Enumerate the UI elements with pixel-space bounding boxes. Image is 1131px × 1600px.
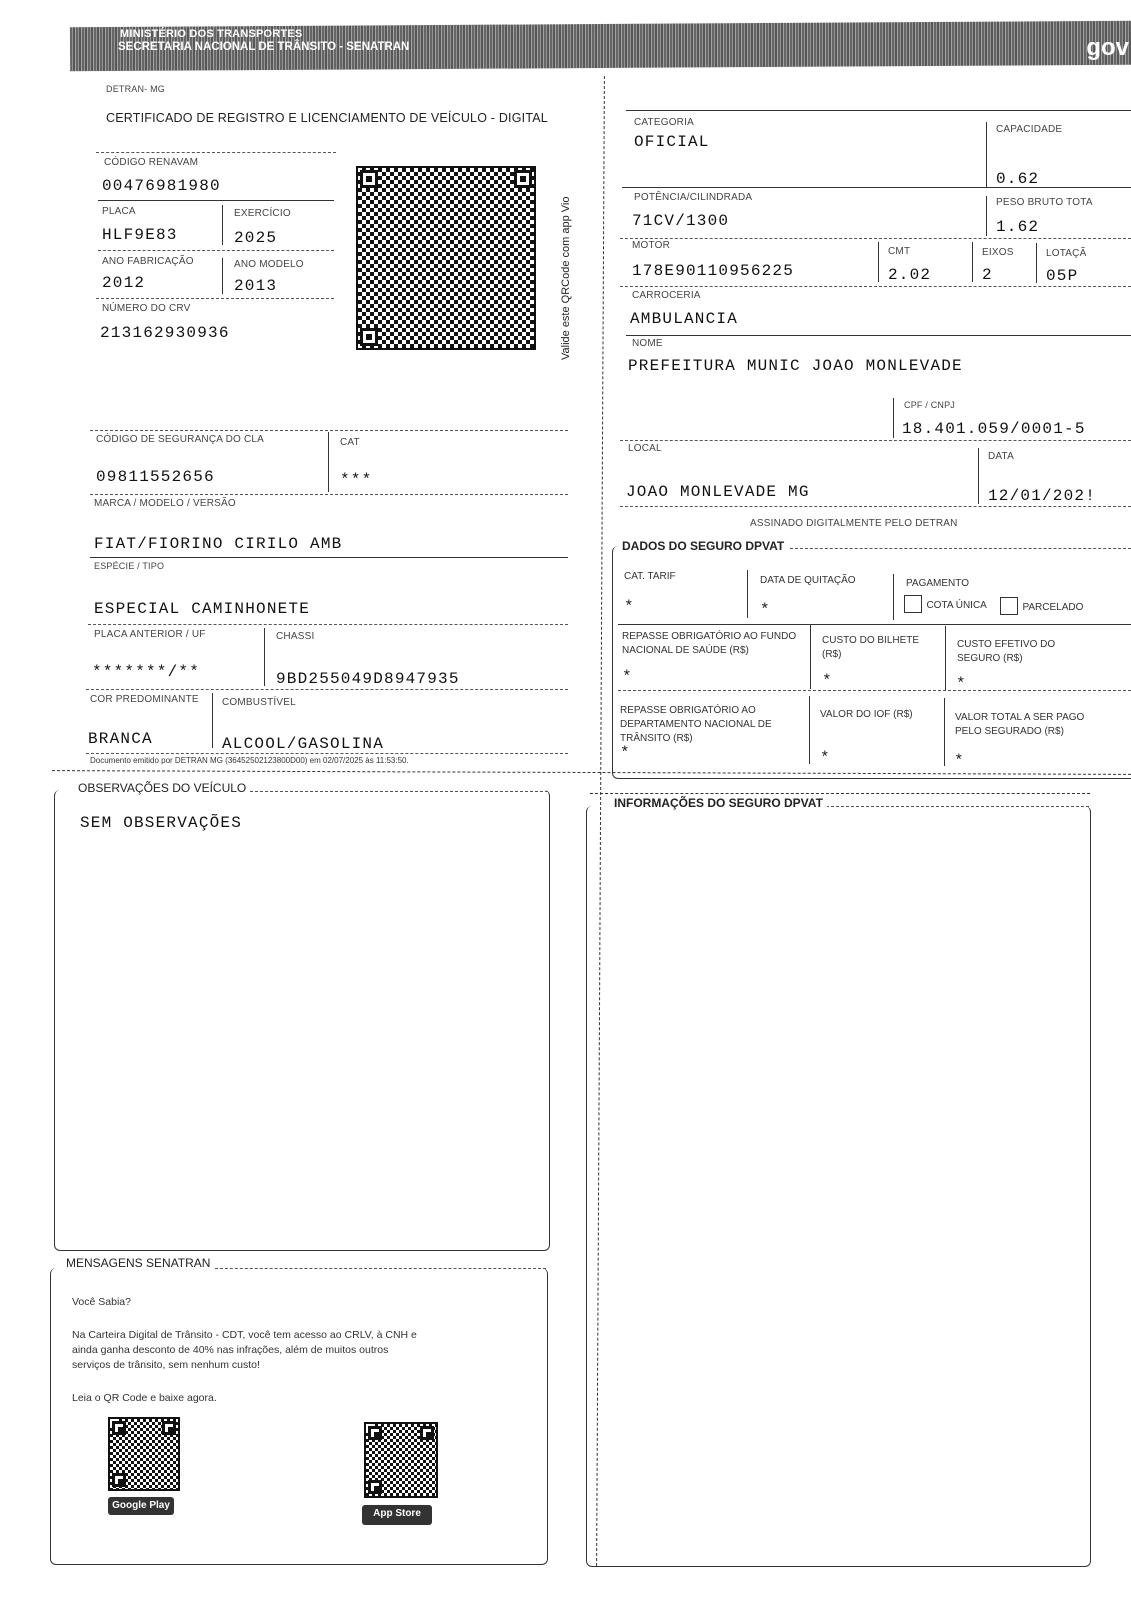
- divider: [98, 250, 334, 251]
- parcelado-option[interactable]: PARCELADO: [1000, 597, 1083, 615]
- document-title: CERTIFICADO DE REGISTRO E LICENCIAMENTO …: [106, 111, 548, 125]
- divider: [826, 806, 1089, 807]
- nome-value: PREFEITURA MUNIC JOAO MONLEVADE: [628, 357, 963, 375]
- divider: [620, 506, 1131, 507]
- nome-label: NOME: [632, 338, 663, 349]
- exercicio-label: EXERCÍCIO: [234, 208, 291, 219]
- dpvat-title: DADOS DO SEGURO DPVAT: [618, 539, 788, 553]
- signed-note: ASSINADO DIGITALMENTE PELO DETRAN: [750, 518, 958, 529]
- info-dpvat-title: INFORMAÇÕES DO SEGURO DPVAT: [610, 796, 827, 810]
- carroceria-label: CARROCERIA: [632, 290, 701, 301]
- divider: [747, 570, 748, 618]
- divider: [972, 242, 973, 282]
- placa-label: PLACA: [102, 206, 136, 217]
- valor-total-label: VALOR TOTAL A SER PAGO PELO SEGURADO (R$…: [955, 711, 1095, 739]
- marca-modelo-value: FIAT/FIORINO CIRILO AMB: [94, 535, 342, 553]
- divider: [622, 187, 1131, 188]
- carroceria-value: AMBULANCIA: [630, 310, 738, 328]
- valor-total-value: *: [954, 752, 964, 770]
- divider: [986, 196, 987, 236]
- ano-fabricacao-value: 2012: [102, 274, 145, 292]
- chassi-value: 9BD255049D8947935: [276, 670, 460, 688]
- exercicio-value: 2025: [234, 229, 277, 247]
- info-dpvat-box: [586, 806, 1091, 1567]
- capacidade-label: CAPACIDADE: [996, 124, 1062, 135]
- cat-tarif-value: *: [624, 598, 634, 616]
- data-quitacao-value: *: [760, 601, 770, 619]
- divider: [222, 205, 223, 245]
- categoria-label: CATEGORIA: [634, 117, 694, 128]
- divider: [893, 398, 894, 438]
- lotacao-value: 05P: [1046, 267, 1078, 285]
- divider: [240, 791, 548, 792]
- observacoes-box: [54, 790, 550, 1251]
- divider: [944, 698, 945, 766]
- chassi-label: CHASSI: [276, 631, 314, 642]
- divider: [893, 574, 894, 620]
- secretariat-name: SECRETARIA NACIONAL DE TRÂNSITO - SENATR…: [118, 41, 409, 53]
- app-store-badge[interactable]: App Store: [362, 1505, 432, 1525]
- divider: [878, 242, 879, 282]
- observacoes-value: SEM OBSERVAÇÕES: [80, 814, 242, 832]
- divider: [86, 689, 568, 690]
- parcelado-checkbox[interactable]: [1000, 597, 1018, 615]
- lotacao-label: LOTAÇÃ: [1046, 248, 1086, 259]
- divider: [978, 448, 979, 504]
- mensagens-body-line3: serviços de trânsito, sem nenhum custo!: [72, 1358, 260, 1373]
- validation-qr-code[interactable]: [356, 166, 536, 350]
- valor-iof-label: VALOR DO IOF (R$): [820, 708, 913, 722]
- divider: [90, 557, 568, 558]
- categoria-value: OFICIAL: [634, 133, 710, 151]
- potencia-value: 71CV/1300: [632, 212, 729, 230]
- divider: [96, 152, 336, 153]
- google-play-badge[interactable]: Google Play: [108, 1497, 174, 1515]
- cota-unica-label: COTA ÚNICA: [926, 600, 986, 611]
- capacidade-value: 0.62: [996, 170, 1039, 188]
- codigo-seguranca-label: CÓDIGO DE SEGURANÇA DO CLA: [96, 434, 264, 445]
- ano-fabricacao-label: ANO FABRICAÇÃO: [102, 256, 194, 267]
- numero-crv-label: NÚMERO DO CRV: [102, 303, 191, 314]
- cat-label: CAT: [340, 437, 360, 448]
- qr-caption: Valide este QRCode com app Vio: [560, 197, 572, 360]
- divider: [90, 430, 568, 431]
- google-play-qr-code[interactable]: [108, 1417, 180, 1491]
- divider: [620, 286, 1131, 287]
- repasse-dnt-value: *: [620, 744, 630, 762]
- divider: [790, 548, 1131, 549]
- repasse-fns-label: REPASSE OBRIGATÓRIO AO FUNDO NACIONAL DE…: [622, 630, 812, 658]
- mensagens-title: MENSAGENS SENATRAN: [62, 1256, 214, 1270]
- divider: [86, 753, 568, 754]
- cor-label: COR PREDOMINANTE: [90, 694, 199, 705]
- ministry-name: MINISTÉRIO DOS TRANSPORTES: [120, 28, 302, 40]
- divider: [212, 693, 213, 748]
- data-quitacao-label: DATA DE QUITAÇÃO: [760, 574, 856, 588]
- valor-iof-value: *: [820, 749, 830, 767]
- divider: [620, 440, 1131, 441]
- placa-value: HLF9E83: [102, 226, 178, 244]
- combustivel-label: COMBUSTÍVEL: [222, 697, 296, 708]
- renavam-value: 00476981980: [102, 177, 221, 195]
- especie-tipo-label: ESPÉCIE / TIPO: [94, 561, 164, 571]
- numero-crv-value: 213162930936: [100, 324, 230, 342]
- app-store-qr-code[interactable]: [364, 1422, 438, 1498]
- combustivel-value: ALCOOL/GASOLINA: [222, 735, 384, 753]
- placa-anterior-label: PLACA ANTERIOR / UF: [94, 629, 206, 640]
- ano-modelo-label: ANO MODELO: [234, 259, 304, 270]
- divider: [626, 335, 1131, 336]
- cota-unica-checkbox[interactable]: [904, 595, 922, 613]
- mensagens-cta: Leia o QR Code e baixe agora.: [72, 1391, 217, 1406]
- gov-logo: gov: [1086, 34, 1129, 62]
- divider: [810, 625, 811, 689]
- local-label: LOCAL: [628, 443, 662, 454]
- mensagens-body-line2: ainda ganha desconto de 40% nas infraçõe…: [72, 1343, 388, 1358]
- pagamento-label: PAGAMENTO: [906, 577, 969, 591]
- marca-modelo-label: MARCA / MODELO / VERSÃO: [94, 498, 236, 509]
- cota-unica-option[interactable]: COTA ÚNICA: [904, 595, 987, 613]
- issuer: DETRAN- MG: [106, 84, 165, 94]
- peso-bruto-label: PESO BRUTO TOTA: [996, 197, 1093, 208]
- divider: [1036, 243, 1037, 283]
- local-value: JOAO MONLEVADE MG: [626, 483, 810, 501]
- codigo-seguranca-value: 09811552656: [96, 468, 215, 486]
- mensagens-heading: Você Sabia?: [72, 1295, 131, 1310]
- data-value: 12/01/202!: [988, 487, 1096, 505]
- divider: [222, 258, 223, 294]
- cpf-cnpj-value: 18.401.059/0001-5: [902, 420, 1086, 438]
- mensagens-body-line1: Na Carteira Digital de Trânsito - CDT, v…: [72, 1328, 417, 1343]
- data-label: DATA: [988, 451, 1014, 462]
- divider: [620, 238, 1131, 239]
- ano-modelo-value: 2013: [234, 277, 277, 295]
- divider: [945, 626, 946, 690]
- emission-note: Documento emitido por DETRAN MG (3645250…: [90, 756, 409, 765]
- custo-bilhete-label: CUSTO DO BILHETE (R$): [822, 634, 932, 662]
- eixos-label: EIXOS: [982, 247, 1014, 258]
- cat-tarif-label: CAT. TARIF: [624, 570, 676, 584]
- parcelado-label: PARCELADO: [1022, 602, 1083, 613]
- repasse-dnt-label: REPASSE OBRIGATÓRIO AO DEPARTAMENTO NACI…: [620, 704, 800, 746]
- divider: [328, 432, 329, 492]
- divider: [90, 494, 568, 495]
- divider: [618, 690, 1131, 691]
- peso-bruto-value: 1.62: [996, 218, 1039, 236]
- cmt-value: 2.02: [888, 266, 931, 284]
- renavam-label: CÓDIGO RENAVAM: [104, 157, 198, 168]
- cor-value: BRANCA: [88, 730, 153, 748]
- especie-tipo-value: ESPECIAL CAMINHONETE: [94, 600, 310, 618]
- divider: [618, 624, 1131, 625]
- cpf-cnpj-label: CPF / CNPJ: [904, 400, 955, 410]
- divider: [96, 298, 334, 299]
- custo-bilhete-value: *: [822, 672, 832, 690]
- divider: [210, 1268, 546, 1269]
- motor-value: 178E90110956225: [632, 262, 794, 280]
- placa-anterior-value: *******/**: [92, 663, 200, 681]
- cat-value: ***: [340, 471, 372, 489]
- eixos-value: 2: [982, 266, 993, 284]
- cmt-label: CMT: [888, 246, 910, 257]
- divider: [626, 110, 1131, 111]
- divider: [986, 122, 987, 188]
- potencia-label: POTÊNCIA/CILINDRADA: [634, 192, 752, 203]
- divider: [809, 696, 810, 764]
- divider: [264, 628, 265, 686]
- divider: [590, 793, 1090, 794]
- repasse-fns-value: *: [622, 668, 632, 686]
- observacoes-title: OBSERVAÇÕES DO VEÍCULO: [74, 781, 250, 795]
- motor-label: MOTOR: [632, 240, 670, 251]
- custo-efetivo-label: CUSTO EFETIVO DO SEGURO (R$): [957, 638, 1057, 666]
- divider: [88, 624, 568, 625]
- divider: [98, 200, 334, 201]
